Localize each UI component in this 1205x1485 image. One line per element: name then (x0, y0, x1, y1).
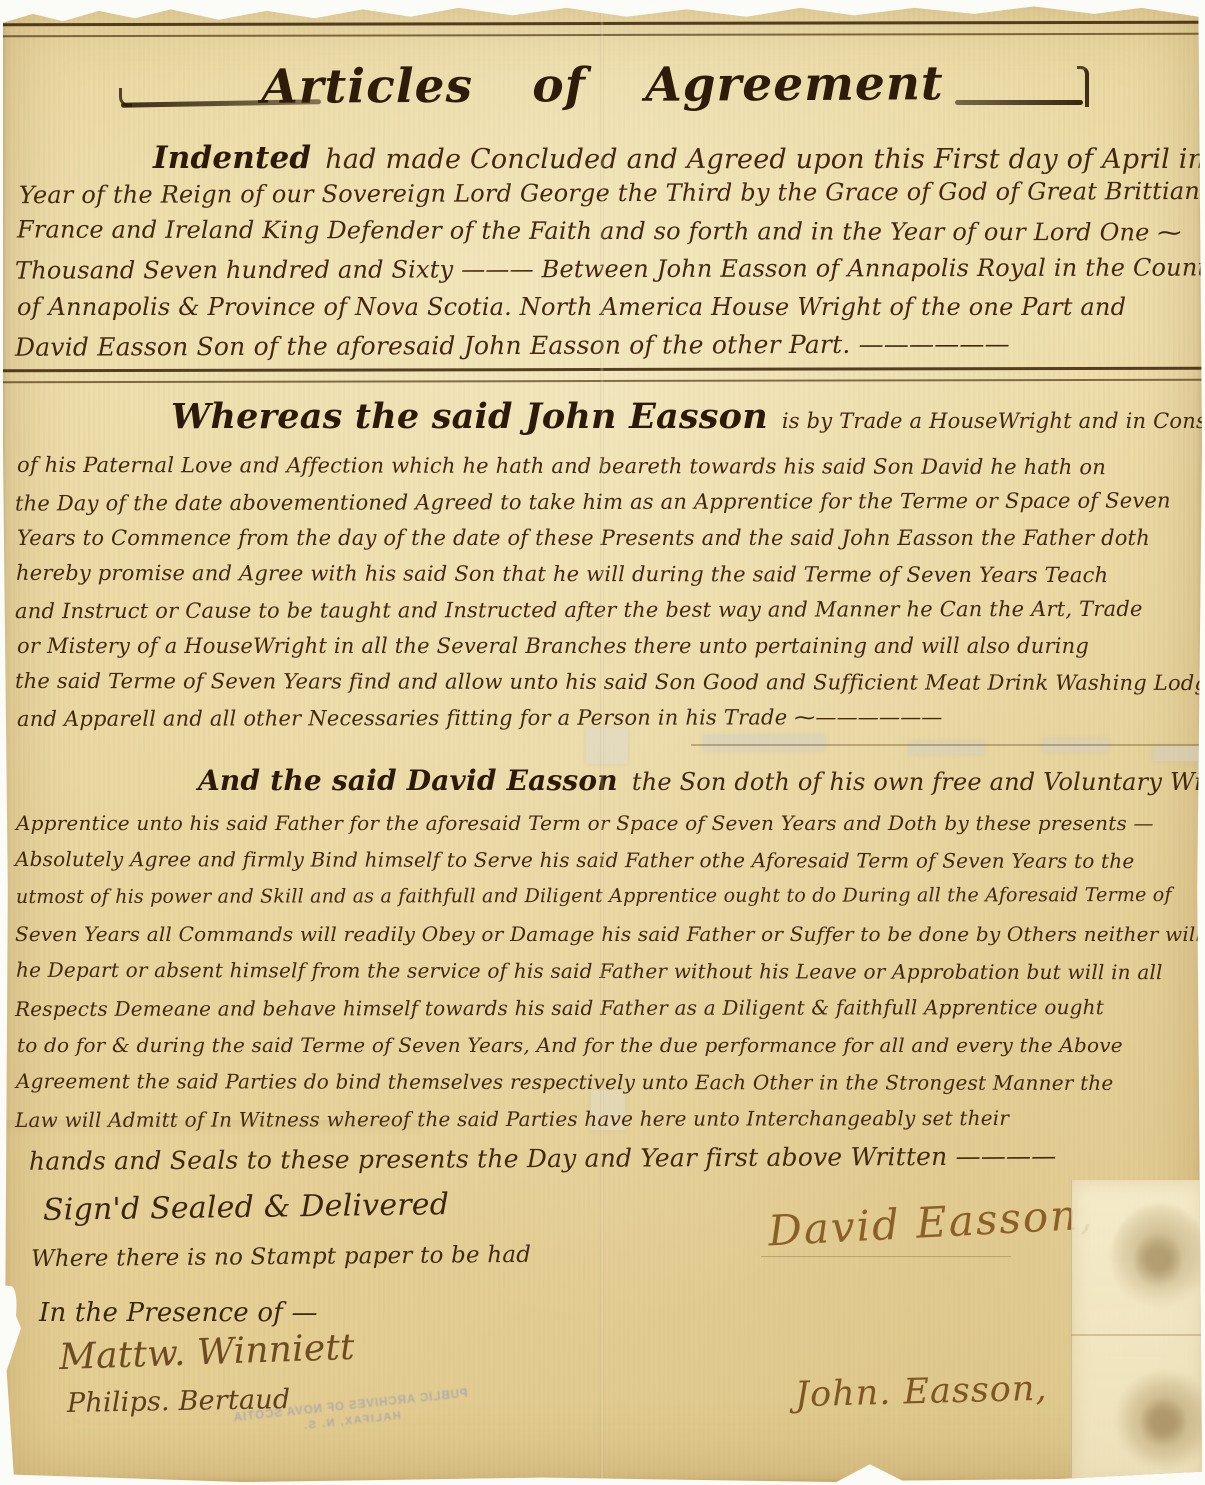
manuscript-line: to do for & during the said Terme of Sev… (17, 1033, 1123, 1057)
wax-seal-core (1141, 1394, 1185, 1450)
signature-david-easson: David Easson, (767, 1189, 1096, 1255)
attestation-line: In the Presence of — (39, 1298, 318, 1328)
document-scan: Articles of Agreement Indentedhad made C… (0, 0, 1205, 1485)
vertical-fold-crease (600, 2, 604, 1482)
wax-seal-core (1135, 1230, 1181, 1290)
manuscript-line: he Depart or absent himself from the ser… (16, 958, 1163, 984)
manuscript-line: the said Terme of Seven Years find and a… (15, 669, 1202, 695)
attestation-line: Where there is no Stampt paper to be had (31, 1242, 531, 1272)
paragraph-opening-word: Indented (153, 140, 311, 176)
repair-patch-seam (1071, 1334, 1202, 1336)
manuscript-line: and Instruct or Cause to be taught and I… (15, 597, 1143, 623)
manuscript-line: Absolutely Agree and firmly Bind himself… (15, 847, 1134, 873)
manuscript-line: utmost of his power and Skill and as a f… (16, 884, 1172, 908)
manuscript-line-text: the Son doth of his own free and Volunta… (632, 768, 1202, 796)
manuscript-line: Whereas the said John Eassonis by Trade … (171, 396, 1202, 437)
horizontal-fold-crease (691, 744, 1202, 746)
witness-signature: Mattw. Winniett (58, 1327, 355, 1378)
paragraph-opening-phrase: And the said David Easson (198, 764, 618, 797)
manuscript-line: and Apparell and all other Necessaries f… (17, 705, 943, 731)
manuscript-line: of his Paternal Love and Affection which… (17, 453, 1106, 479)
manuscript-line: hereby promise and Agree with his said S… (16, 561, 1108, 587)
signature-line (761, 1256, 1011, 1257)
signature-john-easson: John. Easson, (795, 1369, 1048, 1416)
manuscript-line: of Annapolis & Province of Nova Scotia. … (17, 293, 1126, 321)
fold-shadow (3, 1120, 423, 1136)
tape-repair (703, 735, 825, 751)
manuscript-line: Thousand Seven hundred and Sixty ——— Bet… (15, 253, 1202, 284)
paragraph-opening-phrase: Whereas the said John Easson (171, 396, 768, 437)
manuscript-line: And the said David Eassonthe Son doth of… (198, 764, 1202, 797)
manuscript-line-text: had made Concluded and Agreed upon this … (325, 144, 1202, 175)
manuscript-line: Agreement the said Parties do bind thems… (16, 1069, 1113, 1095)
manuscript-line: Year of the Reign of our Sovereign Lord … (19, 177, 1202, 209)
manuscript-line: Apprentice unto his said Father for the … (16, 811, 1154, 835)
manuscript-line: Respects Demeane and behave himself towa… (15, 995, 1104, 1021)
manuscript-line: Seven Years all Commands will readily Ob… (15, 922, 1202, 946)
attestation-line: Sign'd Sealed & Delivered (43, 1187, 450, 1228)
manuscript-paper: Articles of Agreement Indentedhad made C… (3, 2, 1202, 1482)
manuscript-line: or Mistery of a HouseWright in all the S… (17, 634, 1089, 658)
manuscript-line: David Easson Son of the aforesaid John E… (15, 329, 1010, 361)
title-flourish-right-hook (1077, 66, 1089, 107)
manuscript-line: the Day of the date abovementioned Agree… (15, 488, 1171, 515)
manuscript-line: Indentedhad made Concluded and Agreed up… (153, 140, 1202, 176)
tape-repair (1153, 746, 1202, 761)
manuscript-line: Years to Commence from the day of the da… (17, 526, 1150, 550)
tape-repair (586, 728, 628, 764)
manuscript-line-text: is by Trade a HouseWright and in Conside… (782, 409, 1202, 433)
title-flourish-right (955, 100, 1083, 105)
manuscript-closing-line: hands and Seals to these presents the Da… (29, 1141, 1057, 1175)
